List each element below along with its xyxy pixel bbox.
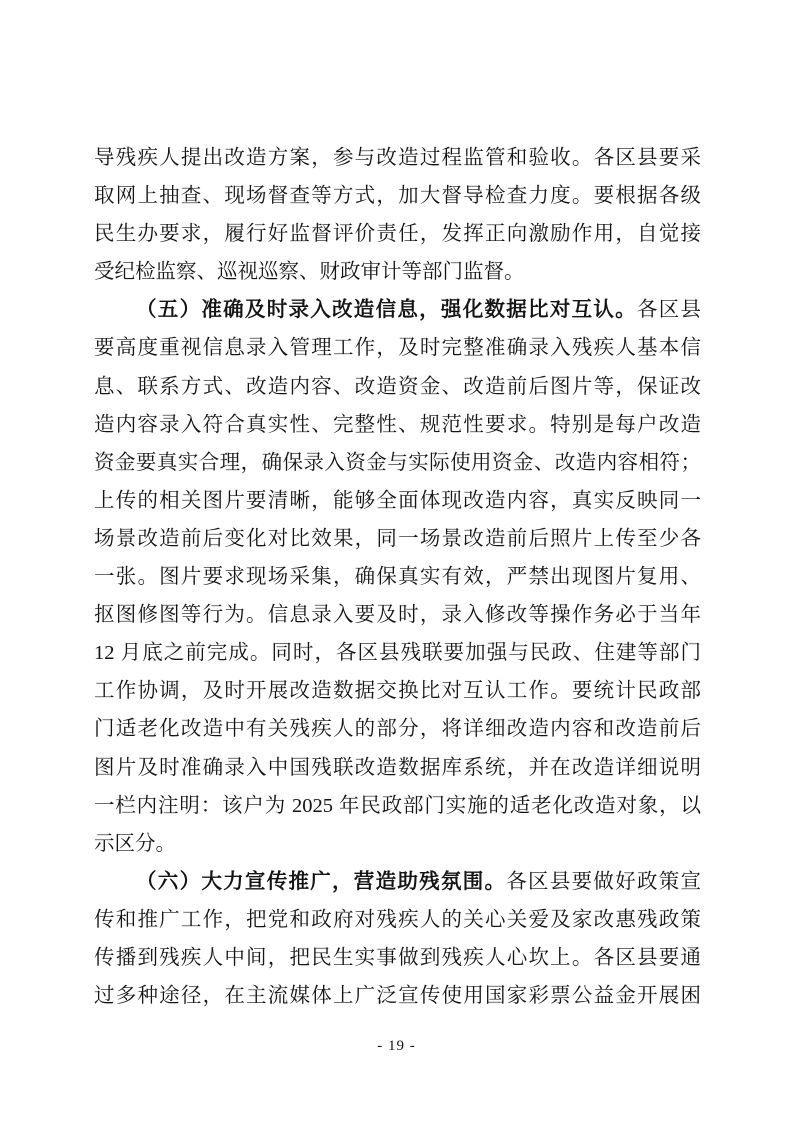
text-segment: 各区县 xyxy=(637,299,701,321)
text-segment: 造内容录入符合真实性、完整性、规范性要求。特别是每户改造 xyxy=(94,414,701,436)
text-segment: 图片及时准确录入中国残联改造数据库系统，并在改造详细说明 xyxy=(94,757,701,779)
text-line: 取网上抽查、现场督查等方式，加大督导检查力度。要根据各级 xyxy=(94,177,701,215)
text-line: 示区分。 xyxy=(94,825,701,863)
text-segment: 受纪检监察、巡视巡察、财政审计等部门监督。 xyxy=(94,261,525,283)
page-number: - 19 - xyxy=(377,1038,416,1054)
text-segment: 导残疾人提出改造方案，参与改造过程监管和验收。各区县要采 xyxy=(94,147,701,169)
text-line: 一栏内注明：该户为 2025 年民政部门实施的适老化改造对象，以 xyxy=(94,787,701,825)
text-line: 门适老化改造中有关残疾人的部分，将详细改造内容和改造前后 xyxy=(94,710,701,748)
text-segment: 12 月底之前完成。同时，各区县残联要加强与民政、住建等部门 xyxy=(94,642,701,664)
text-segment: 示区分。 xyxy=(94,833,176,855)
section-heading: （六）大力宣传推广，营造助残氛围。 xyxy=(136,871,506,893)
text-line: 造内容录入符合真实性、完整性、规范性要求。特别是每户改造 xyxy=(94,406,701,444)
text-line: 传播到残疾人中间，把民生实事做到残疾人心坎上。各区县要通 xyxy=(94,939,701,977)
text-segment: 传播到残疾人中间，把民生实事做到残疾人心坎上。各区县要通 xyxy=(94,947,701,969)
text-line: 抠图修图等行为。信息录入要及时，录入修改等操作务必于当年 xyxy=(94,596,701,634)
text-segment: 取网上抽查、现场督查等方式，加大督导检查力度。要根据各级 xyxy=(94,185,701,207)
text-line: （六）大力宣传推广，营造助残氛围。各区县要做好政策宣 xyxy=(94,863,701,901)
text-segment: 传和推广工作，把党和政府对残疾人的关心关爱及家改惠残政策 xyxy=(94,909,701,931)
text-line: （五）准确及时录入改造信息，强化数据比对互认。各区县 xyxy=(94,291,701,329)
text-segment: 民生办要求，履行好监督评价责任，发挥正向激励作用，自觉接 xyxy=(94,223,701,245)
text-segment: 资金要真实合理，确保录入资金与实际使用资金、改造内容相符； xyxy=(94,452,701,474)
document-page: 导残疾人提出改造方案，参与改造过程监管和验收。各区县要采取网上抽查、现场督查等方… xyxy=(0,0,793,1122)
text-segment: 一张。图片要求现场采集，确保真实有效，严禁出现图片复用、 xyxy=(94,566,701,588)
section-heading: （五）准确及时录入改造信息，强化数据比对互认。 xyxy=(136,299,637,321)
text-line: 资金要真实合理，确保录入资金与实际使用资金、改造内容相符； xyxy=(94,444,701,482)
text-line: 12 月底之前完成。同时，各区县残联要加强与民政、住建等部门 xyxy=(94,634,701,672)
text-line: 要高度重视信息录入管理工作，及时完整准确录入残疾人基本信 xyxy=(94,329,701,367)
document-body-text: 导残疾人提出改造方案，参与改造过程监管和验收。各区县要采取网上抽查、现场督查等方… xyxy=(94,139,701,1015)
text-line: 工作协调，及时开展改造数据交换比对互认工作。要统计民政部 xyxy=(94,672,701,710)
text-line: 导残疾人提出改造方案，参与改造过程监管和验收。各区县要采 xyxy=(94,139,701,177)
text-line: 民生办要求，履行好监督评价责任，发挥正向激励作用，自觉接 xyxy=(94,215,701,253)
page-footer: - 19 - xyxy=(0,1038,793,1055)
text-line: 传和推广工作，把党和政府对残疾人的关心关爱及家改惠残政策 xyxy=(94,901,701,939)
text-segment: 工作协调，及时开展改造数据交换比对互认工作。要统计民政部 xyxy=(94,680,701,702)
text-line: 受纪检监察、巡视巡察、财政审计等部门监督。 xyxy=(94,253,701,291)
text-segment: 上传的相关图片要清晰，能够全面体现改造内容，真实反映同一 xyxy=(94,490,701,512)
text-segment: 要高度重视信息录入管理工作，及时完整准确录入残疾人基本信 xyxy=(94,337,701,359)
text-line: 一张。图片要求现场采集，确保真实有效，严禁出现图片复用、 xyxy=(94,558,701,596)
text-segment: 息、联系方式、改造内容、改造资金、改造前后图片等，保证改 xyxy=(94,376,701,398)
text-segment: 门适老化改造中有关残疾人的部分，将详细改造内容和改造前后 xyxy=(94,718,701,740)
text-segment: 抠图修图等行为。信息录入要及时，录入修改等操作务必于当年 xyxy=(94,604,701,626)
text-line: 场景改造前后变化对比效果，同一场景改造前后照片上传至少各 xyxy=(94,520,701,558)
text-segment: 过多种途径，在主流媒体上广泛宣传使用国家彩票公益金开展困 xyxy=(94,985,701,1007)
text-segment: 一栏内注明：该户为 2025 年民政部门实施的适老化改造对象，以 xyxy=(94,795,701,817)
text-segment: 各区县要做好政策宣 xyxy=(506,871,701,893)
text-line: 息、联系方式、改造内容、改造资金、改造前后图片等，保证改 xyxy=(94,368,701,406)
text-line: 图片及时准确录入中国残联改造数据库系统，并在改造详细说明 xyxy=(94,749,701,787)
text-segment: 场景改造前后变化对比效果，同一场景改造前后照片上传至少各 xyxy=(94,528,701,550)
text-line: 过多种途径，在主流媒体上广泛宣传使用国家彩票公益金开展困 xyxy=(94,977,701,1015)
text-line: 上传的相关图片要清晰，能够全面体现改造内容，真实反映同一 xyxy=(94,482,701,520)
